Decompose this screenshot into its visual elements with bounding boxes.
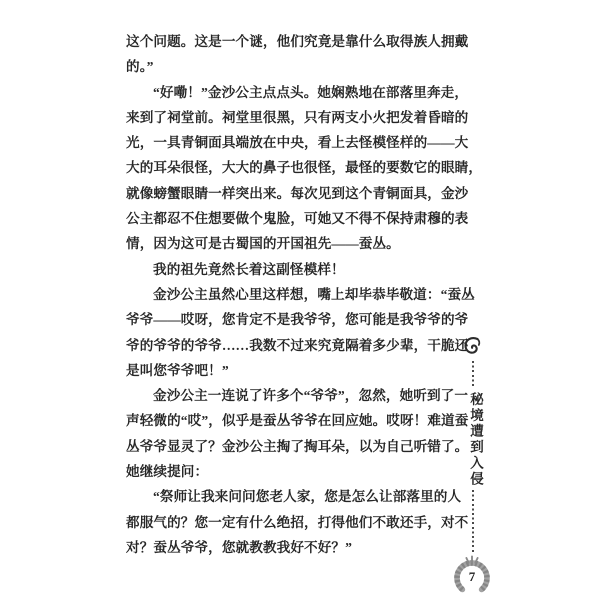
- text-line: 声轻微的“哎”，似乎是蚕丛爷爷在回应她。哎呀！难道蚕: [126, 408, 466, 433]
- page-number-ornament: 7: [450, 552, 494, 596]
- text-line: 的。”: [126, 54, 466, 79]
- text-line: 这个问题。这是一个谜，他们究竟是靠什么取得族人拥戴: [126, 29, 466, 54]
- dotted-line-top: [472, 361, 474, 388]
- text-line: “祭师让我来问问您老人家，您是怎么让部落里的人: [126, 484, 466, 509]
- chapter-title-vertical: 秘境遭到入侵: [465, 392, 485, 487]
- text-line: 对？蚕丛爷爷，您就教教我好不好？”: [126, 535, 466, 560]
- chapter-sidebar: 秘境遭到入侵 7: [450, 330, 496, 600]
- dotted-line-bottom: [472, 490, 474, 554]
- text-line: 情，因为这可是古蜀国的开国祖先——蚕丛。: [126, 231, 466, 256]
- text-line: 光，一具青铜面具端放在中央，看上去怪模怪样的——大: [126, 130, 466, 155]
- text-line: 爷爷——哎呀，您肯定不是我爷爷，您可能是我爷爷的爷: [126, 307, 466, 332]
- page-number: 7: [450, 569, 494, 585]
- text-line: 是叫您爷爷吧！”: [126, 358, 466, 383]
- text-line: 我的祖先竟然长着这副怪模样！: [126, 257, 466, 282]
- text-line: 大的耳朵很怪，大大的鼻子也很怪，最怪的要数它的眼睛，: [126, 155, 466, 180]
- book-page: 这个问题。这是一个谜，他们究竟是靠什么取得族人拥戴的。”“好嘞！”金沙公主点点头…: [0, 0, 600, 600]
- text-line: 丛爷爷显灵了？金沙公主掏了掏耳朵，以为自己听错了。: [126, 434, 466, 459]
- text-line: 金沙公主虽然心里这样想，嘴上却毕恭毕敬道：“蚕丛: [126, 282, 466, 307]
- text-line: 公主都忍不住想要做个鬼脸，可她又不得不保持肃穆的表: [126, 206, 466, 231]
- swirl-ornament-icon: [462, 336, 482, 358]
- text-line: 来到了祠堂前。祠堂里很黑，只有两支小火把发着昏暗的: [126, 105, 466, 130]
- text-line: 都服气的？您一定有什么绝招，打得他们不敢还手，对不: [126, 510, 466, 535]
- text-line: 她继续提问：: [126, 459, 466, 484]
- text-line: 爷的爷爷的爷爷……我数不过来究竟隔着多少辈，干脆还: [126, 333, 466, 358]
- text-line: 金沙公主一连说了许多个“爷爷”，忽然，她听到了一: [126, 383, 466, 408]
- body-text: 这个问题。这是一个谜，他们究竟是靠什么取得族人拥戴的。”“好嘞！”金沙公主点点头…: [126, 29, 466, 560]
- text-line: 就像螃蟹眼睛一样突出来。每次见到这个青铜面具，金沙: [126, 181, 466, 206]
- text-line: “好嘞！”金沙公主点点头。她娴熟地在部落里奔走，: [126, 80, 466, 105]
